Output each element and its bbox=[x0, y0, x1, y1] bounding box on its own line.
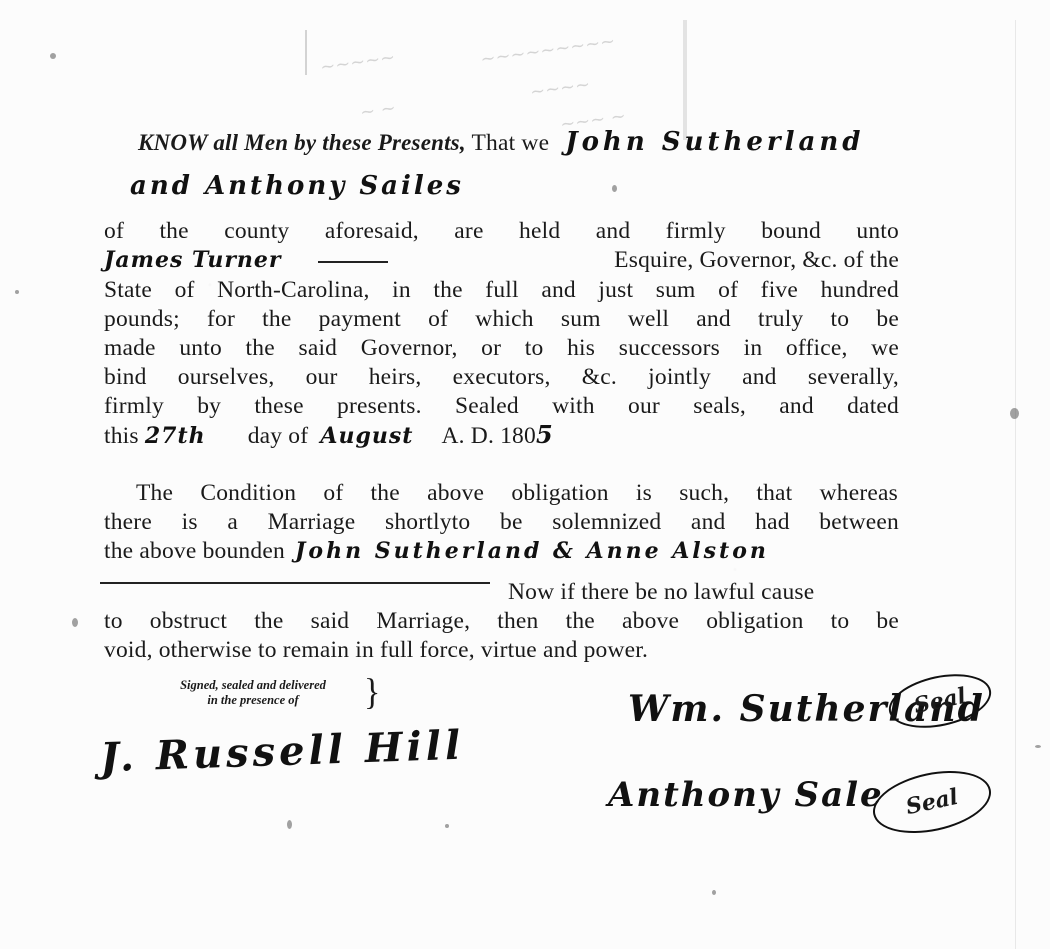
bond-text-line: bind ourselves, our heirs, executors, &c… bbox=[104, 363, 899, 391]
condition-text-line: to obstruct the said Marriage, then the … bbox=[104, 607, 899, 635]
blank-fill-rule bbox=[100, 582, 490, 584]
bond-opening-line: KNOW all Men by these Presents, That we … bbox=[138, 128, 998, 157]
witness-caption-line-1: Signed, sealed and delivered bbox=[138, 678, 368, 693]
scanned-document-page: ~~~~~ ~~~~~~~~~ ~~~~ ~ ~ ~~~ ~ KNOW all … bbox=[0, 0, 1050, 949]
date-day-of: day of bbox=[248, 423, 309, 449]
scan-speck bbox=[72, 618, 78, 627]
date-this: this bbox=[104, 423, 139, 449]
scan-speck bbox=[1035, 745, 1041, 748]
condition-text-line: void, otherwise to remain in full force,… bbox=[104, 636, 899, 664]
bleed-through-marks: ~ ~ bbox=[359, 98, 397, 124]
bleed-through-marks: ~~~~~ bbox=[319, 47, 397, 78]
scan-speck bbox=[1010, 408, 1019, 419]
scan-artifact-line bbox=[683, 20, 687, 140]
condition-couple-line: the above bounden John Sutherland & Anne… bbox=[104, 537, 934, 565]
condition-text-line: The Condition of the above obligation is… bbox=[136, 479, 898, 507]
scan-artifact-line bbox=[305, 30, 307, 75]
bond-text-line: made unto the said Governor, or to his s… bbox=[104, 334, 899, 362]
opening-lead: KNOW all Men by these Presents, bbox=[138, 130, 466, 155]
signature-principal-2: Anthony Sale bbox=[608, 775, 884, 815]
governor-title: Esquire, Governor, &c. of the bbox=[614, 246, 899, 274]
scan-speck bbox=[445, 824, 449, 828]
bleed-through-marks: ~~~~ bbox=[529, 74, 592, 103]
bond-text-line: firmly by these presents. Sealed with ou… bbox=[104, 392, 899, 420]
date-anno-domini: A. D. 180 bbox=[441, 423, 536, 449]
condition-text-line: there is a Marriage shortlyto be solemni… bbox=[104, 508, 899, 536]
scan-speck bbox=[287, 820, 292, 829]
bleed-through-marks: ~~~~~~~~~ bbox=[479, 31, 616, 71]
scan-speck bbox=[712, 890, 716, 895]
bond-governor-line: James Turner Esquire, Governor, &c. of t… bbox=[104, 246, 899, 274]
above-bounden: the above bounden bbox=[104, 538, 285, 564]
scan-speck bbox=[50, 53, 56, 59]
bond-principals-line: and Anthony Sailes bbox=[130, 172, 925, 201]
witness-signature: J. Russell Hill bbox=[99, 722, 465, 782]
bond-text-line: State of North-Carolina, in the full and… bbox=[104, 276, 899, 304]
blank-fill-rule bbox=[318, 261, 388, 263]
handwritten-principal-2: and Anthony Sailes bbox=[130, 171, 464, 201]
condition-text-line: Now if there be no lawful cause bbox=[508, 578, 898, 606]
that-we: That we bbox=[471, 130, 549, 156]
handwritten-year-digit: 5 bbox=[536, 420, 554, 449]
handwritten-governor: James Turner bbox=[104, 247, 282, 273]
handwritten-day: 27th bbox=[145, 423, 206, 449]
handwritten-couple: John Sutherland & Anne Alston bbox=[295, 538, 769, 564]
witness-caption-line-2: in the presence of bbox=[138, 693, 368, 708]
seal-mark-2: Seal bbox=[867, 761, 996, 843]
witness-brace: } bbox=[364, 674, 380, 711]
scan-speck bbox=[15, 290, 19, 294]
bond-text-line: of the county aforesaid, are held and fi… bbox=[104, 217, 899, 245]
witness-caption: Signed, sealed and delivered in the pres… bbox=[138, 678, 368, 708]
seal-label: Seal bbox=[912, 683, 969, 719]
bond-text-line: pounds; for the payment of which sum wel… bbox=[104, 305, 899, 333]
scan-artifact-line bbox=[1015, 20, 1016, 949]
handwritten-principal-1: John Sutherland bbox=[565, 127, 864, 157]
handwritten-month: August bbox=[320, 423, 413, 449]
bond-date-line: this 27th day of August A. D. 1805 bbox=[104, 421, 899, 450]
seal-label: Seal bbox=[904, 784, 961, 820]
